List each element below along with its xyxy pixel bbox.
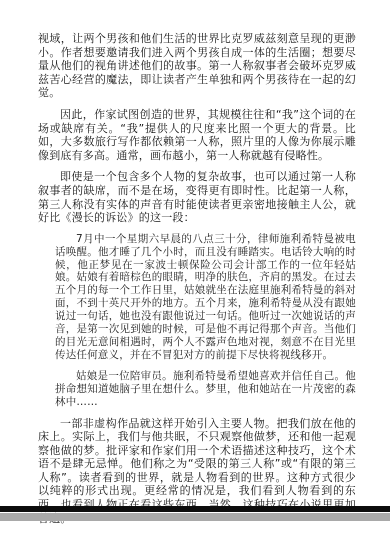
- paragraph-continuation: 视域，让两个男孩和他们生活的世界比克罗威兹刻意呈现的更渺小。作者想要邀请我们进入…: [38, 32, 356, 100]
- block-quote-paragraph: 姑娘是一位陪审员。施利希特曼希望她喜欢并信任自己。他拼命想知道她脑子里在想什么。…: [55, 370, 356, 409]
- page-bottom-edge-gray-bar: [0, 513, 390, 521]
- book-page: 视域，让两个男孩和他们生活的世界比克罗威兹刻意呈现的更渺小。作者想要邀请我们进入…: [0, 0, 390, 546]
- block-quote-paragraph: 7月中一个星期六早晨的八点三十分，律师施利希特曼被电话唤醒。他才睡了几个小时，而…: [55, 233, 356, 362]
- paragraph: 因此，作家试图创造的世界，其规模往往和“我”这个词的在场或缺席有关。“我”提供人…: [38, 108, 356, 162]
- page-bottom-edge-black-bar: [0, 506, 390, 512]
- paragraph: 即使是一个包含多个人物的复杂故事，也可以通过第一人称叙事者的缺席，而不是在场，变…: [38, 170, 356, 224]
- page-text-block: 视域，让两个男孩和他们生活的世界比克罗威兹刻意呈现的更渺小。作者想要邀请我们进入…: [38, 32, 356, 533]
